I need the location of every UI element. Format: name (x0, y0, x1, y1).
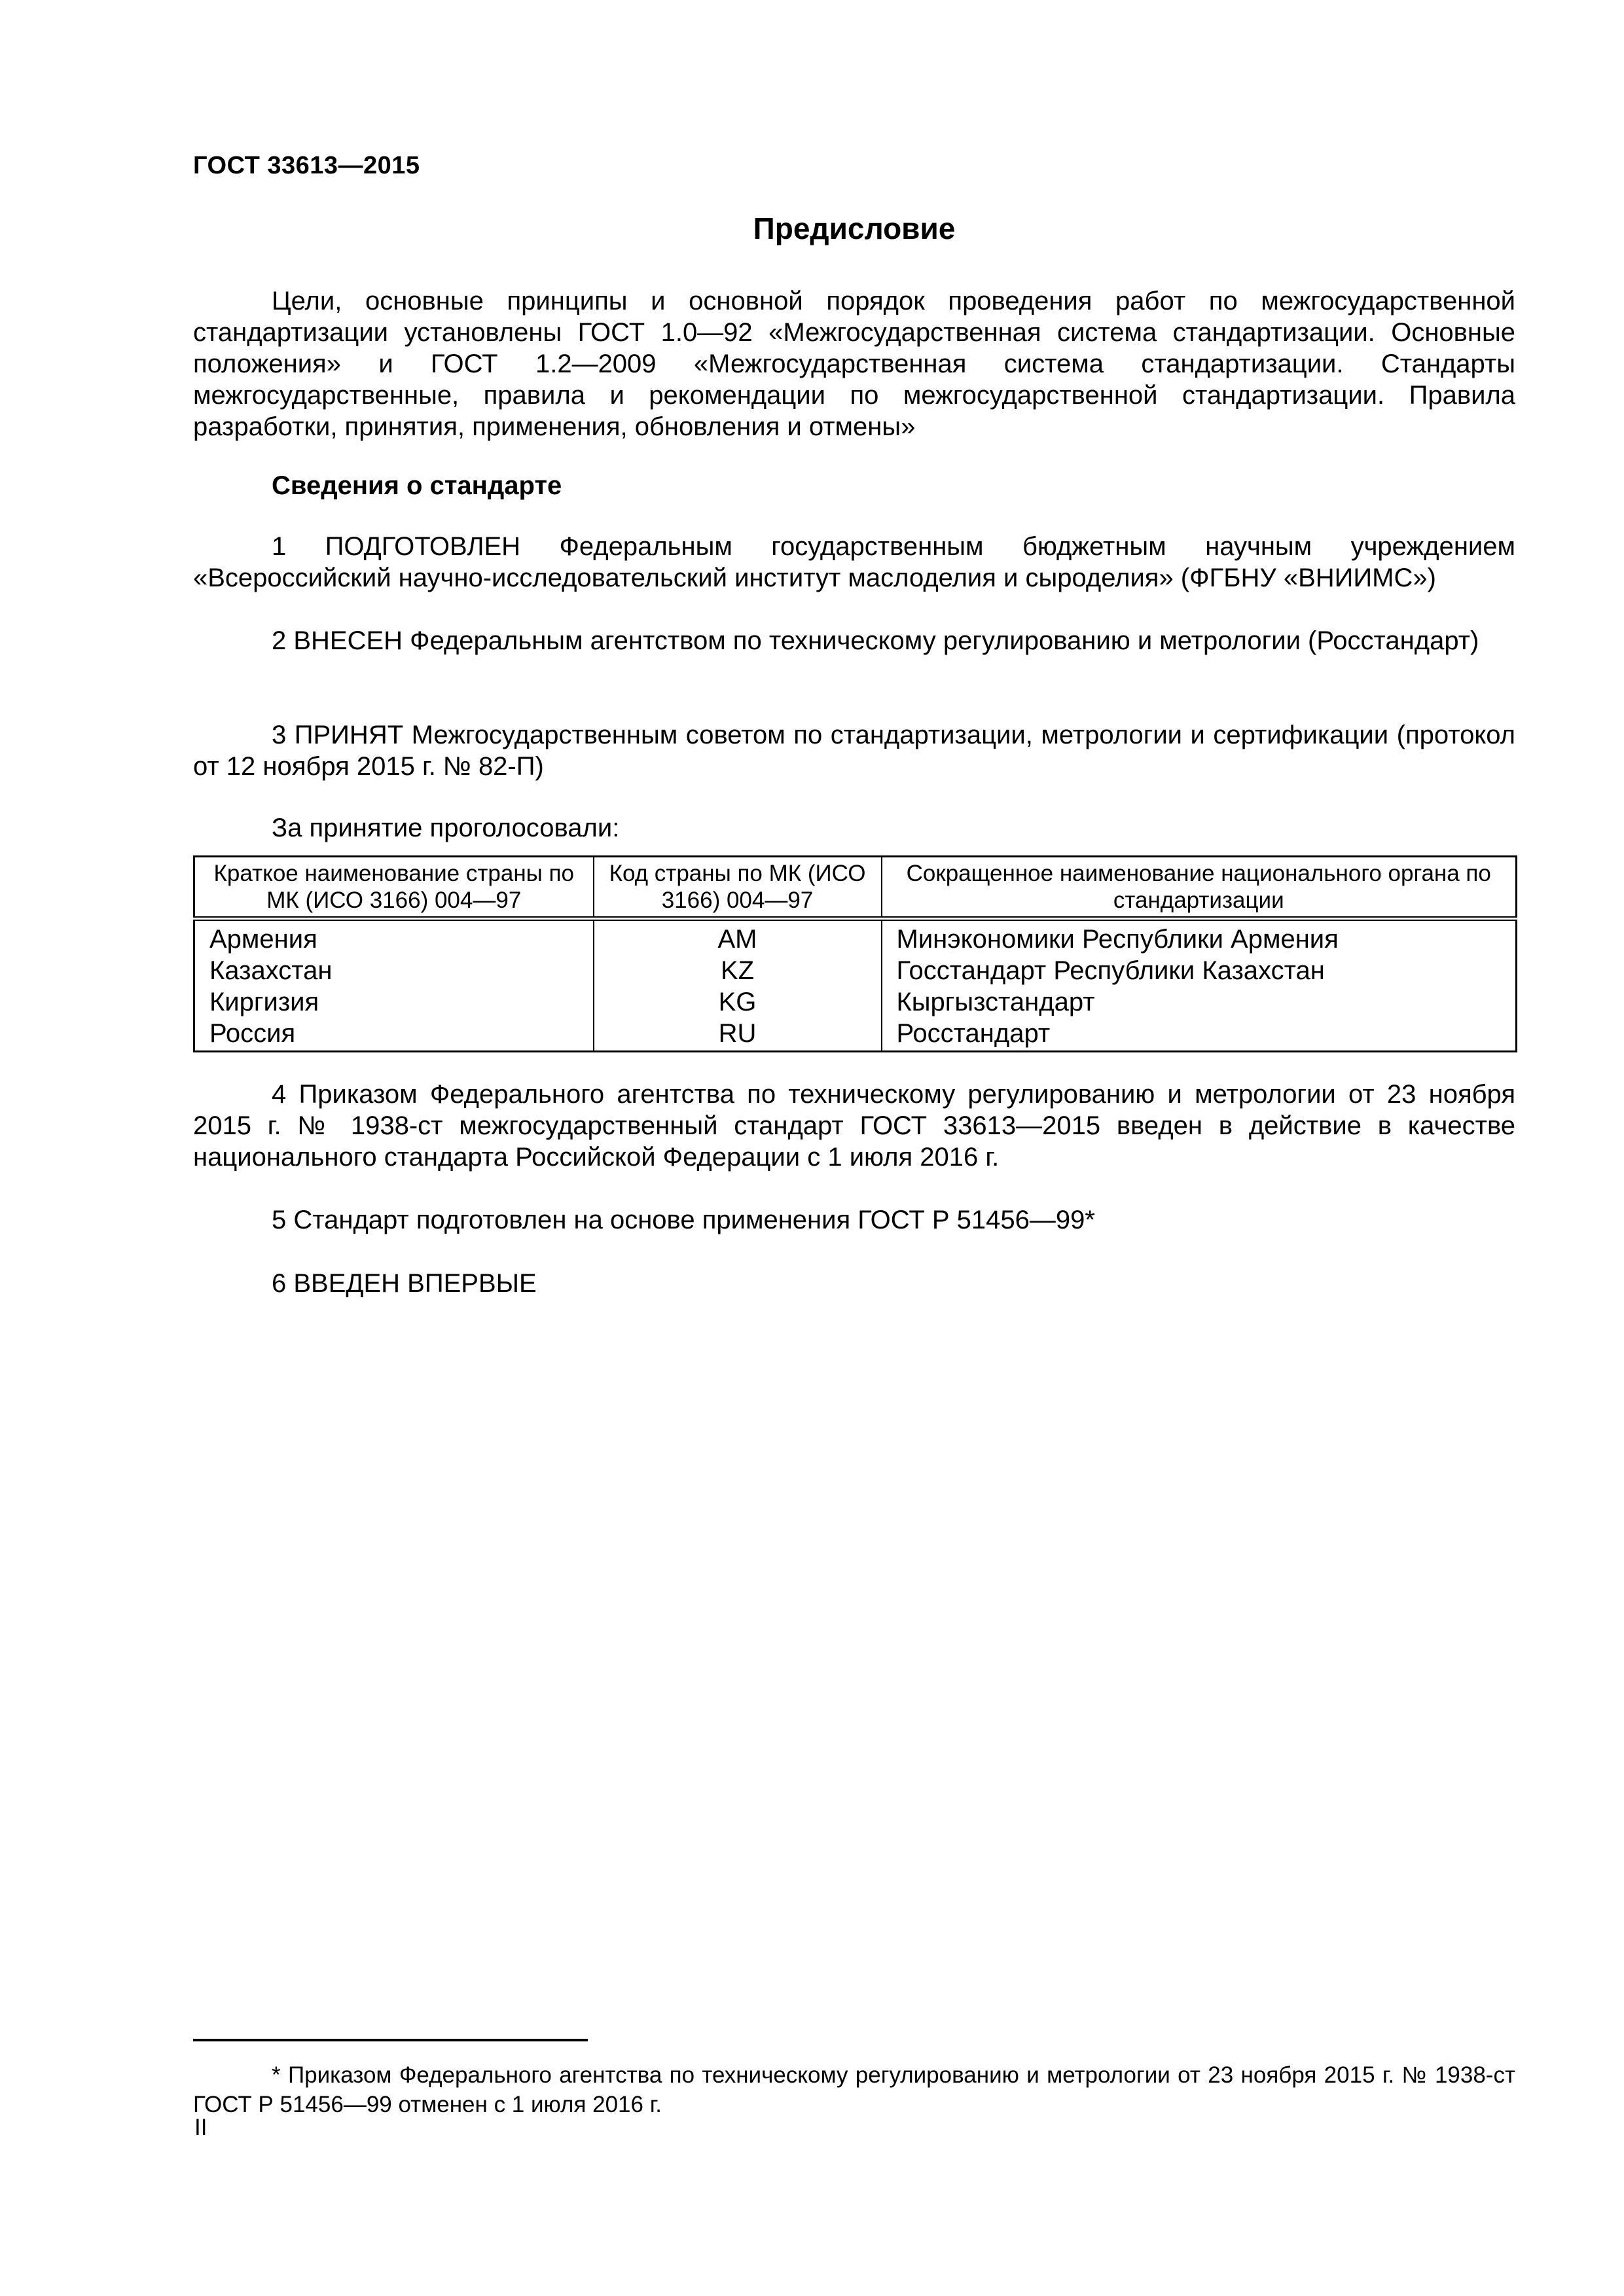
cell-code: RU (594, 1018, 882, 1052)
cell-country: Киргизия (194, 986, 594, 1018)
column-header-country: Краткое наименование страны по МК (ИСО 3… (194, 857, 594, 919)
votes-table: Краткое наименование страны по МК (ИСО 3… (193, 855, 1517, 1052)
cell-standards-body: Росстандарт (882, 1018, 1517, 1052)
cell-country: Казахстан (194, 955, 594, 986)
votes-table-header-row: Краткое наименование страны по МК (ИСО 3… (194, 857, 1517, 919)
cell-code: KG (594, 986, 882, 1018)
document-code-header: ГОСТ 33613—2015 (193, 152, 420, 180)
column-header-code: Код страны по МК (ИСО 3166) 004—97 (594, 857, 882, 919)
info-item-4-order: 4 Приказом Федерального агентства по тех… (193, 1079, 1515, 1173)
column-header-standards-body: Сокращенное наименование национального о… (882, 857, 1517, 919)
page-title: Предисловие (193, 211, 1515, 246)
info-item-3-adopted: 3 ПРИНЯТ Межгосударственным советом по с… (193, 719, 1515, 782)
table-row: Казахстан KZ Госстандарт Республики Каза… (194, 955, 1517, 986)
info-item-5-basis: 5 Стандарт подготовлен на основе примене… (193, 1204, 1515, 1236)
intro-paragraph: Цели, основные принципы и основной поряд… (193, 285, 1515, 442)
footnote-divider (193, 2039, 588, 2041)
cell-country: Армения (194, 919, 594, 956)
cell-code: KZ (594, 955, 882, 986)
info-item-1-prepared: 1 ПОДГОТОВЛЕН Федеральным государственны… (193, 531, 1515, 594)
votes-label: За принятие проголосовали: (272, 814, 619, 843)
cell-code: AM (594, 919, 882, 956)
table-row: Россия RU Росстандарт (194, 1018, 1517, 1052)
cell-standards-body: Минэкономики Республики Армения (882, 919, 1517, 956)
info-item-6-introduced: 6 ВВЕДЕН ВПЕРВЫЕ (193, 1268, 1515, 1299)
cell-country: Россия (194, 1018, 594, 1052)
footnote: * Приказом Федерального агентства по тех… (193, 2060, 1515, 2119)
cell-standards-body: Кыргызстандарт (882, 986, 1517, 1018)
page-number: II (194, 2113, 207, 2142)
info-item-2-submitted: 2 ВНЕСЕН Федеральным агентством по техни… (193, 625, 1515, 656)
table-row: Киргизия KG Кыргызстандарт (194, 986, 1517, 1018)
section-heading-standard-info: Сведения о стандарте (272, 471, 562, 501)
cell-standards-body: Госстандарт Республики Казахстан (882, 955, 1517, 986)
table-row: Армения AM Минэкономики Республики Армен… (194, 919, 1517, 956)
